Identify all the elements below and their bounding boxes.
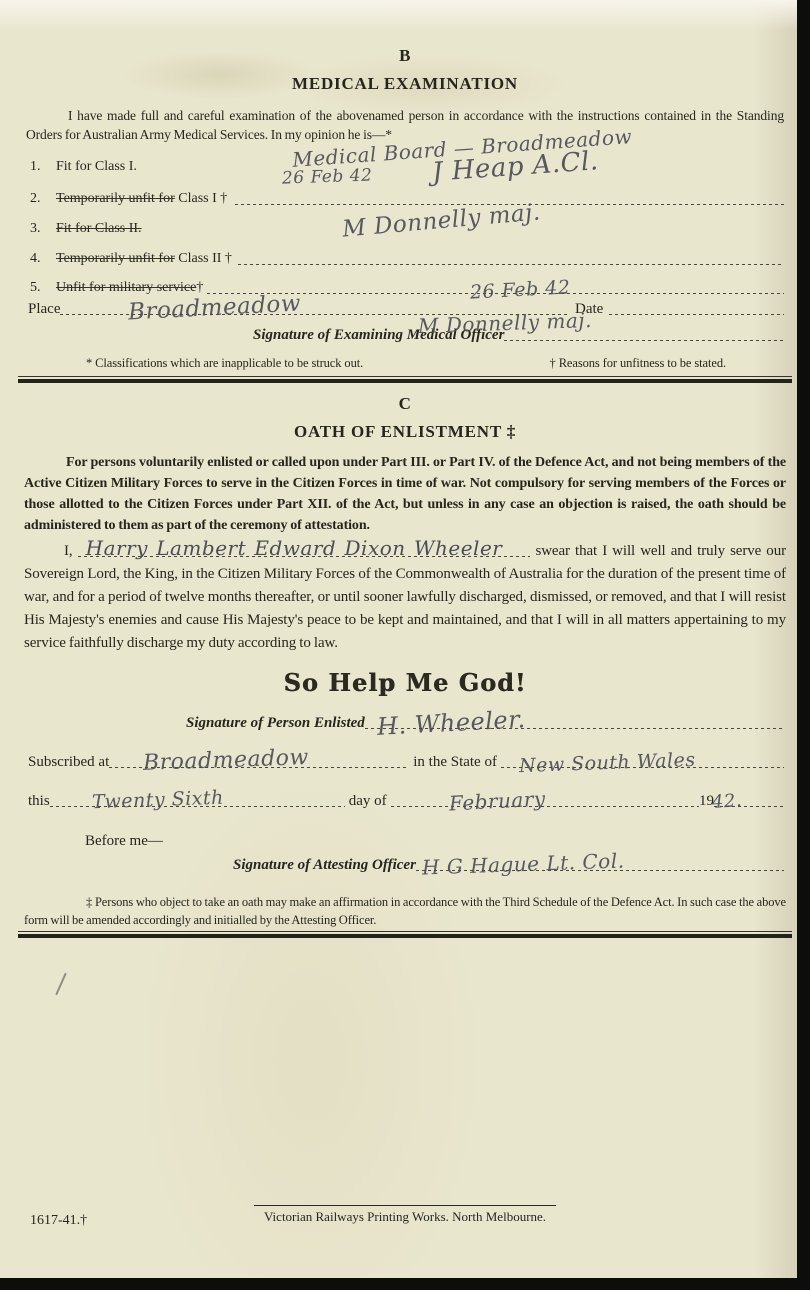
place-handwritten: Broadmeadow [128,292,302,324]
person-enlisted-row: Signature of Person Enlisted H. Wheeler. [28,714,784,732]
item-number: 2. [30,190,56,208]
attesting-officer-sig-line: H G Hague Lt. Col. [416,856,784,874]
item-text: Class II † [175,250,232,268]
subscribed-place-line: Broadmeadow [109,753,409,771]
attesting-signature-handwritten: H G Hague Lt. Col. [422,850,625,877]
examining-officer-row: Signature of Examining Medical Officer [28,326,784,344]
date-of-oath-row: this Twenty Sixth day of February 19 42. [28,792,784,810]
section-b-title: MEDICAL EXAMINATION [0,74,810,94]
section-divider-bottom [18,931,792,938]
medical-class-item-2: 2. Temporarily unfit for Class I † [30,190,784,208]
medical-board-date-handwritten: 26 Feb 42 [282,167,373,187]
subscribed-place-handwritten: Broadmeadow [143,747,309,775]
medical-footnotes-row: * Classifications which are inapplicable… [28,354,784,372]
item-text: Class I † [175,190,228,208]
item-number: 4. [30,250,56,268]
attesting-officer-row: Signature of Attesting Officer H G Hague… [28,856,784,874]
item-number: 5. [30,279,56,297]
date-value-handwritten: 26 Feb 42 [470,278,571,302]
medical-class-item-4: 4. Temporarily unfit for Class II † [30,250,784,268]
section-c-letter: C [0,394,810,414]
oath-paragraph: I, Harry Lambert Edward Dixon Wheeler sw… [24,538,786,655]
day-line: Twenty Sixth [50,792,345,810]
printer-imprint: Victorian Railways Printing Works. North… [254,1205,556,1225]
item-text: † [196,279,203,297]
scan-edge-bottom [0,1278,810,1290]
section-divider [18,376,792,383]
oath-name-handwritten: Harry Lambert Edward Dixon Wheeler [78,536,531,560]
item-number: 3. [30,220,56,238]
day-handwritten: Twenty Sixth [91,789,223,813]
state-handwritten: New South Wales [519,751,696,776]
fill-line [238,250,784,268]
footnote-asterisk: * Classifications which are inapplicable… [86,354,363,372]
item-struck-text: Fit for Class II. [56,220,142,238]
section-c-title: OATH OF ENLISTMENT ‡ [0,422,810,442]
this-label: this [28,792,50,810]
so-help-me-god-heading: So Help Me God! [0,668,810,697]
place-date-row: Place Broadmeadow Date [28,300,784,318]
medical-class-item-5: 5. Unfit for military service † [30,279,784,297]
item-number: 1. [30,158,56,176]
person-signature-handwritten: H. Wheeler. [376,707,526,739]
item-struck-text: Temporarily unfit for [56,250,175,268]
oath-intro-paragraph: For persons voluntarily enlisted or call… [24,452,786,536]
place-label: Place [28,300,60,318]
scanned-form-page: B MEDICAL EXAMINATION I have made full a… [0,0,810,1290]
medical-intro-paragraph: I have made full and careful examination… [26,106,784,144]
year-handwritten: 42. [711,792,742,812]
year-line: 42. [714,792,784,810]
person-enlisted-sig-line: H. Wheeler. [365,714,784,732]
scan-edge-right [797,0,810,1290]
item-text: Fit for Class I. [56,158,137,176]
in-state-label: in the State of [413,753,497,771]
before-me-label: Before me— [85,833,163,850]
examiner-signature-3-handwritten: M Donnelly maj. [418,310,592,336]
state-line: New South Wales [501,753,784,771]
date-line [609,300,784,318]
stray-pen-mark [55,973,67,996]
month-line: February [391,792,699,810]
person-enlisted-sig-label: Signature of Person Enlisted [186,714,365,732]
section-b-letter: B [0,46,810,66]
printer-imprint-wrap: Victorian Railways Printing Works. North… [0,1205,810,1226]
oath-footnote: ‡ Persons who object to take an oath may… [24,893,786,929]
item-struck-text: Unfit for military service [56,279,196,297]
day-of-label: day of [349,792,387,810]
subscribed-row: Subscribed at Broadmeadow in the State o… [28,753,784,771]
attesting-officer-sig-label: Signature of Attesting Officer [233,856,416,874]
month-handwritten: February [448,788,546,813]
oath-prefix: I, [64,543,73,559]
subscribed-at-label: Subscribed at [28,753,109,771]
footnote-dagger: † Reasons for unfitness to be stated. [550,354,726,372]
item-struck-text: Temporarily unfit for [56,190,175,208]
